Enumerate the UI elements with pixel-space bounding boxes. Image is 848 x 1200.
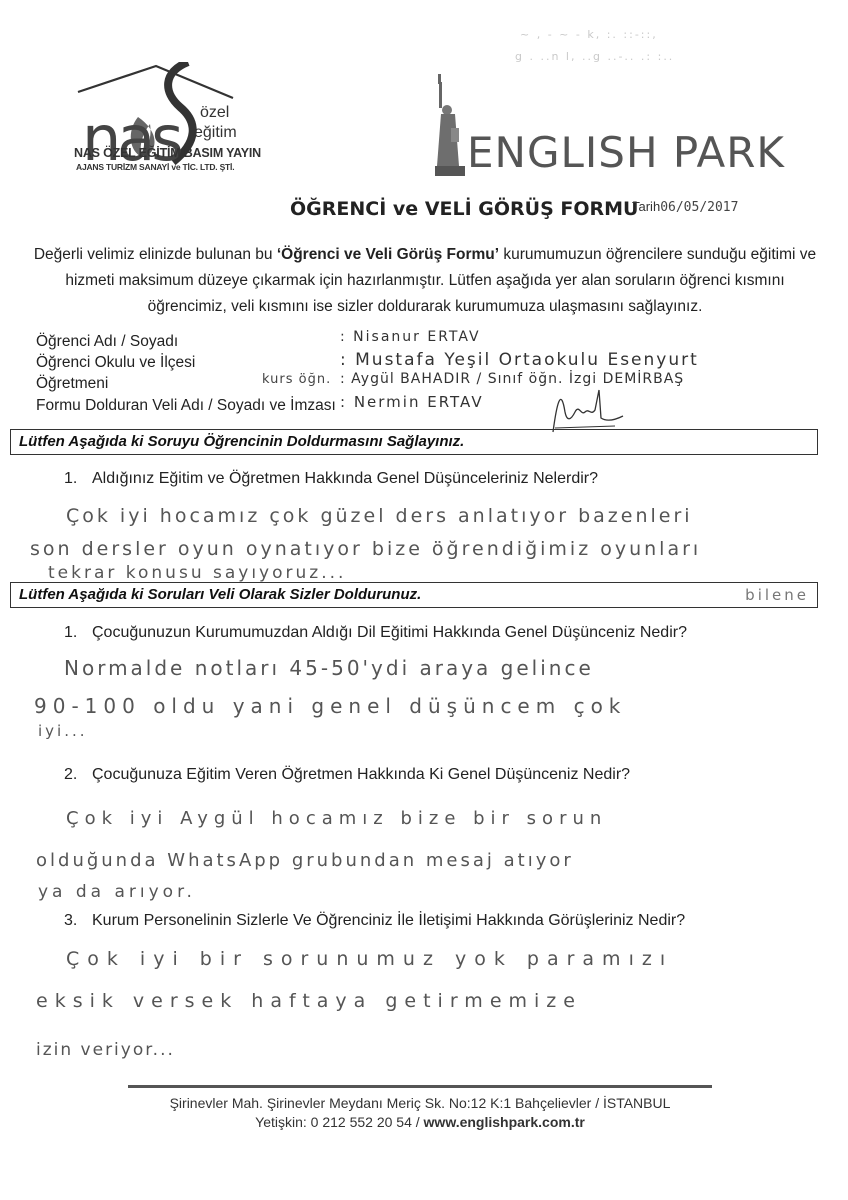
- parent-question-1: 1.Çocuğunuzun Kurumumuzdan Aldığı Dil Eğ…: [64, 624, 687, 642]
- nas-company-line2: AJANS TURİZM SANAYİ ve TİC. LTD. ŞTİ.: [76, 162, 234, 172]
- question-number: 1.: [64, 624, 92, 642]
- footer-address: Şirinevler Mah. Şirinevler Meydanı Meriç…: [100, 1095, 740, 1111]
- parent-name-value[interactable]: : Nermin ERTAV: [340, 393, 484, 411]
- form-title: ÖĞRENCİ ve VELİ GÖRÜŞ FORMU: [290, 198, 639, 220]
- question-number: 3.: [64, 912, 92, 930]
- question-number: 1.: [64, 470, 92, 488]
- question-text: Çocuğunuza Eğitim Veren Öğretmen Hakkınd…: [92, 766, 630, 783]
- parent-answer-1-line-3[interactable]: iyi...: [38, 722, 88, 740]
- teacher-label: Öğretmeni: [36, 375, 108, 393]
- parent-answer-2-line-1[interactable]: Çok iyi Aygül hocamız bize bir sorun: [66, 808, 607, 829]
- parent-answer-3-line-3[interactable]: izin veriyor...: [36, 1040, 175, 1060]
- student-name-label: Öğrenci Adı / Soyadı: [36, 333, 178, 351]
- footer-phone: Yetişkin: 0 212 552 20 54: [255, 1114, 412, 1130]
- date-field[interactable]: Tarih06/05/2017: [632, 199, 738, 215]
- student-section-heading: Lütfen Aşağıda ki Soruyu Öğrencinin Dold…: [10, 429, 818, 455]
- student-answer-line-1[interactable]: Çok iyi hocamız çok güzel ders anlatıyor…: [66, 505, 693, 527]
- student-name-value[interactable]: : Nisanur ERTAV: [340, 329, 481, 345]
- title-part-veli: VELİ GÖRÜŞ FORMU: [425, 198, 639, 220]
- parent-answer-1-line-1[interactable]: Normalde notları 45-50'ydi araya gelince: [64, 656, 594, 680]
- student-question-1: 1.Aldığınız Eğitim ve Öğretmen Hakkında …: [64, 470, 598, 488]
- nas-company-line1: NAS ÖZEL EĞİTİM BASIM YAYIN: [74, 146, 261, 160]
- student-answer-line-2[interactable]: son dersler oyun oynatıyor bize öğrendiğ…: [30, 538, 701, 560]
- nas-side-line2: eğitim: [194, 124, 237, 142]
- footer-contact: Yetişkin: 0 212 552 20 54 / www.englishp…: [100, 1114, 740, 1130]
- question-text: Kurum Personelinin Sizlerle Ve Öğrencini…: [92, 912, 685, 929]
- intro-form-name: ‘Öğrenci ve Veli Görüş Formu’: [277, 246, 499, 263]
- parent-question-2: 2.Çocuğunuza Eğitim Veren Öğretmen Hakkı…: [64, 766, 630, 784]
- parent-answer-1-line-2[interactable]: 90-100 oldu yani genel düşüncem çok: [34, 694, 626, 718]
- teacher-course-note: kurs öğn.: [262, 372, 331, 387]
- english-park-wordmark: ENGLISH PARK: [467, 128, 785, 177]
- title-part-ogrenci: ÖĞRENCİ: [290, 198, 386, 220]
- parent-answer-2-line-3[interactable]: ya da arıyor.: [38, 882, 196, 902]
- date-value: 06/05/2017: [660, 200, 738, 215]
- student-school-label: Öğrenci Okulu ve İlçesi: [36, 354, 195, 372]
- footer-separator: /: [412, 1114, 424, 1130]
- faint-scribble-bottom: g . ..n l, ..g ..-.. .: :..: [515, 50, 674, 63]
- question-text: Çocuğunuzun Kurumumuzdan Aldığı Dil Eğit…: [92, 624, 687, 641]
- parent-name-label: Formu Dolduran Veli Adı / Soyadı ve İmza…: [36, 397, 336, 415]
- parent-answer-3-line-2[interactable]: eksik versek haftaya getirmemize: [36, 990, 582, 1012]
- nas-side-line1: özel: [200, 104, 229, 122]
- question-text: Aldığınız Eğitim ve Öğretmen Hakkında Ge…: [92, 470, 598, 487]
- question-number: 2.: [64, 766, 92, 784]
- footer-divider: [128, 1085, 712, 1088]
- intro-prefix: Değerli velimiz elinizde bulunan bu: [34, 246, 277, 263]
- title-part-ve: ve: [393, 198, 418, 220]
- parent-answer-2-line-2[interactable]: olduğunda WhatsApp grubundan mesaj atıyo…: [36, 850, 574, 871]
- intro-paragraph: Değerli velimiz elinizde bulunan bu ‘Öğr…: [30, 242, 820, 320]
- teacher-value[interactable]: : Aygül BAHADIR / Sınıf öğn. İzgi DEMİRB…: [340, 371, 684, 387]
- statue-of-liberty-icon: [433, 72, 469, 180]
- footer-website-link[interactable]: www.englishpark.com.tr: [424, 1114, 585, 1130]
- student-school-value[interactable]: : Mustafa Yeşil Ortaokulu Esenyurt: [340, 350, 699, 370]
- student-answer-line-3[interactable]: tekrar konusu sayıyoruz...: [48, 563, 346, 583]
- parent-question-3: 3.Kurum Personelinin Sizlerle Ve Öğrenci…: [64, 912, 685, 930]
- student-answer-overflow: bilene: [745, 583, 809, 607]
- date-label: Tarih: [632, 199, 660, 214]
- parent-answer-3-line-1[interactable]: Çok iyi bir sorunumuz yok paramızı: [66, 948, 673, 970]
- parent-section-heading-text: Lütfen Aşağıda ki Soruları Veli Olarak S…: [19, 586, 421, 603]
- parent-section-heading: Lütfen Aşağıda ki Soruları Veli Olarak S…: [10, 582, 818, 608]
- faint-scribble-top: ~ , - ~ - k, :. ::-::,: [520, 28, 658, 41]
